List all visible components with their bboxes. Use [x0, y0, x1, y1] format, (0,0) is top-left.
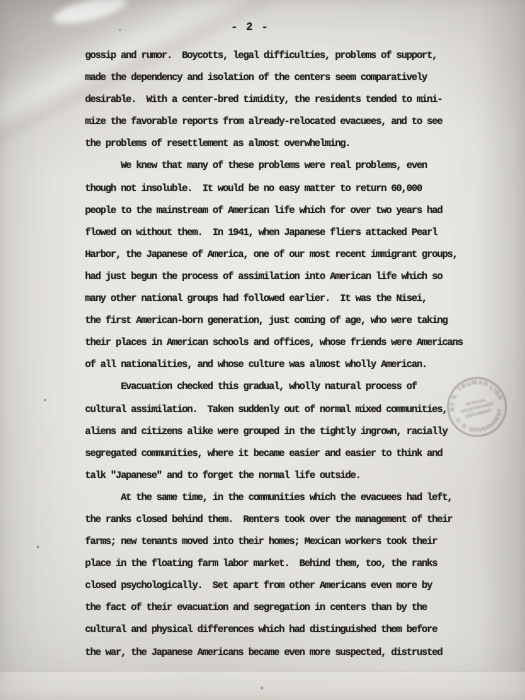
text-line: At the same time, in the communities whi… — [85, 488, 525, 510]
text-line: place in the floating farm labor market.… — [85, 554, 525, 576]
text-line: Evacuation checked this gradual, wholly … — [85, 377, 525, 399]
text-line: desirable. With a center-bred timidity, … — [85, 90, 525, 112]
text-line: segregated communities, where it became … — [85, 444, 525, 466]
text-line: many other national groups had followed … — [85, 289, 525, 311]
text-line: though not insoluble. It would be no eas… — [85, 179, 525, 201]
text-line: cultural assimilation. Taken suddenly ou… — [85, 400, 525, 422]
text-line: of all nationalities, and whose culture … — [85, 355, 525, 377]
text-line: the problems of resettlement as almost o… — [85, 134, 525, 156]
text-line: flowed on without them. In 1941, when Ja… — [85, 223, 525, 245]
text-line: their places in American schools and off… — [85, 333, 525, 355]
text-line: the war, the Japanese Americans became e… — [85, 643, 525, 665]
scanned-document-page: - 2 - gossip and rumor. Boycotts, legal … — [0, 0, 525, 700]
text-line: talk "Japanese" and to forget the normal… — [85, 466, 525, 488]
text-line: Harbor, the Japanese of America, one of … — [85, 245, 525, 267]
document-body: gossip and rumor. Boycotts, legal diffic… — [85, 46, 525, 665]
text-line: We knew that many of these problems were… — [85, 156, 525, 178]
text-line: the ranks closed behind them. Renters to… — [85, 510, 525, 532]
paper-bottom-edge — [0, 671, 525, 700]
text-line: the first American-born generation, just… — [85, 311, 525, 333]
page-number: - 2 - — [0, 22, 500, 34]
text-line: aliens and citizens alike were grouped i… — [85, 422, 525, 444]
text-line: made the dependency and isolation of the… — [85, 68, 525, 90]
text-line: people to the mainstream of American lif… — [85, 201, 525, 223]
text-line: closed psychologically. Set apart from o… — [85, 576, 525, 598]
text-line: mize the favorable reports from already-… — [85, 112, 525, 134]
text-line: farms; new tenants moved into their home… — [85, 532, 525, 554]
text-line: cultural and physical differences which … — [85, 620, 525, 642]
text-line: had just begun the process of assimilati… — [85, 267, 525, 289]
text-line: gossip and rumor. Boycotts, legal diffic… — [85, 46, 525, 68]
text-line: the fact of their evacuation and segrega… — [85, 598, 525, 620]
